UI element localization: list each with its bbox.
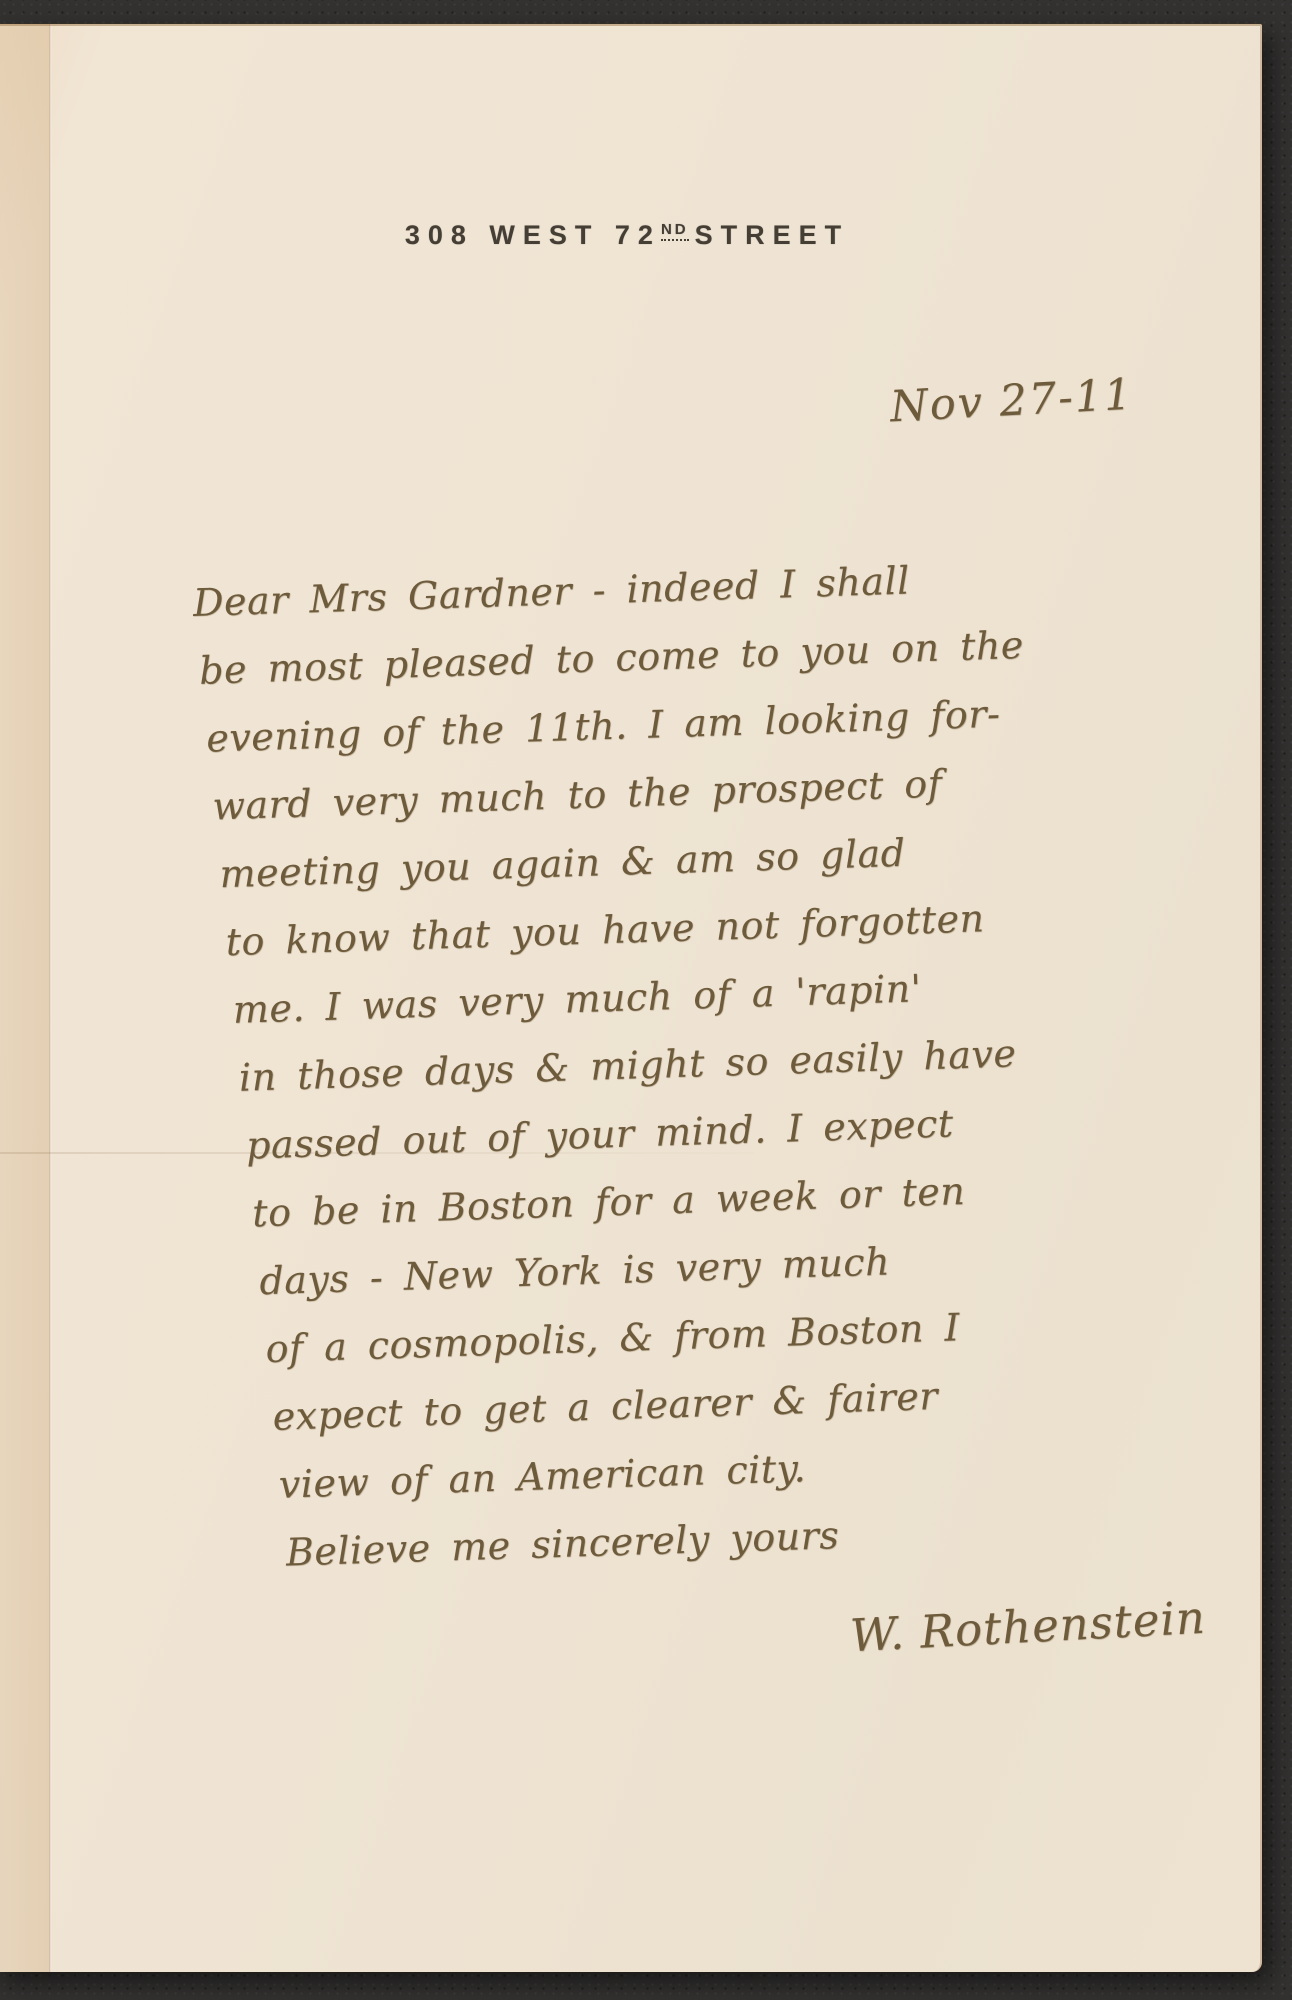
letterhead-ordinal: ND [661,221,689,241]
letterhead-address: 308 WEST 72 [405,220,661,250]
letterhead: 308 WEST 72NDSTREET [0,220,1262,251]
signature: W. Rothenstein [849,1591,1207,1663]
date-line: Nov 27-11 [889,370,1135,433]
fold-shading [0,24,50,1972]
letterhead-street: STREET [695,220,850,250]
letter-sheet: 308 WEST 72NDSTREET Nov 27-11 Dear Mrs G… [0,24,1262,1972]
vertical-fold-crease [49,24,52,1972]
photo-background: 308 WEST 72NDSTREET Nov 27-11 Dear Mrs G… [0,0,1292,2000]
letter-body: Dear Mrs Gardner - indeed I shall be mos… [192,539,1184,1589]
